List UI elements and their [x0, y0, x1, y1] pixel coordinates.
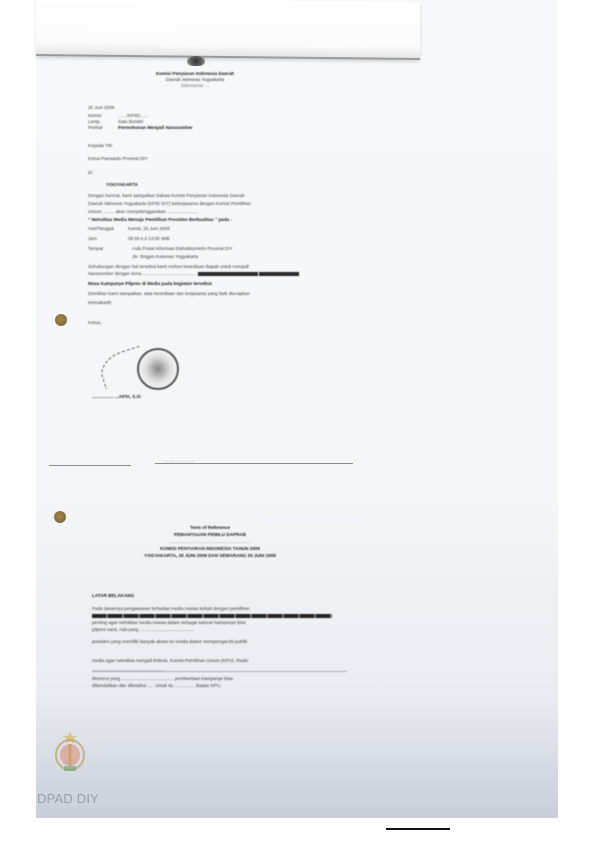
schedule-value-address: Jln. Brigjen Katamso Yogyakarta — [132, 254, 198, 260]
closing: Ketua, — [88, 320, 101, 326]
meta-value-perihal: Permohonan Menjadi Narasumber — [118, 125, 193, 131]
divider-left — [49, 465, 131, 466]
meta-label-perihal: Perihal — [88, 125, 102, 131]
recipient: Ketua Panwaslu Provinsi DIY — [88, 156, 148, 162]
recipient-city: YOGYAKARTA — [106, 182, 138, 188]
punch-hole-top — [55, 314, 67, 326]
tor-p2-line1: media agar netralitas menjadi kriteria. … — [92, 658, 248, 664]
salutation: Kepada Yth. — [88, 143, 113, 149]
tor-p1-line3: penting agar netralitas media massa dala… — [92, 620, 246, 626]
tor-p2-line3: Menurut yang ...........................… — [92, 676, 233, 682]
tor-underline — [92, 671, 347, 672]
tor-p1-line4: pilpres nanti. Ada yang ................… — [92, 627, 195, 633]
body-line-4: " Netralitas Media Menuju Pemilihan Pres… — [88, 217, 232, 223]
schedule-label-place: Tempat — [88, 246, 103, 252]
tor-org: KOMISI PENYIARAN INDONESIA TAHUN 2009 — [110, 546, 310, 552]
tor-title1: Term of Reference — [120, 525, 300, 531]
official-stamp-icon — [137, 348, 179, 390]
body-line-1: Dengan hormat, kami sampaikan bahwa Komi… — [88, 193, 245, 199]
punch-hole-bottom — [54, 511, 66, 523]
tor-p2-line2: ........................................… — [92, 667, 163, 673]
tor-subtitle: ........................................… — [100, 539, 320, 545]
body-line-2: Daerah Istimewa Yogyakarta (KPID DIY) be… — [88, 201, 251, 207]
body2-line-3: Masa Kampanye Pilpres di Media pada kegi… — [88, 281, 213, 287]
scanned-page-background — [36, 0, 558, 818]
recipient-at: Di — [88, 170, 92, 176]
letterhead-line3: Sekretariat: ... — [120, 83, 270, 89]
schedule-label-time: Jam — [88, 236, 97, 242]
divider-text: ... ... .... .. ... ... — [165, 458, 194, 464]
schedule-value-date: Kamis, 25 Juni 2009 — [128, 226, 170, 232]
body2-line-2: Narasumber dengan tema .................… — [88, 271, 299, 277]
garuda-emblem-icon — [187, 56, 205, 66]
watermark-text: DPAD DIY — [37, 791, 99, 806]
body-line-3: Umum ......... akan menyelenggarakan ...… — [88, 209, 198, 215]
schedule-label-date: Hari/Tanggal — [88, 226, 114, 232]
tor-p2-line4: dikendalikan dan diketahui ..... Untuk i… — [92, 683, 221, 689]
page-indicator-bar — [386, 828, 450, 830]
body2-line-4: Demikian kami sampaikan, atas kesediaan … — [88, 291, 250, 297]
tor-title2: PEMANTAUAN PEMILU DAPRAB — [120, 532, 300, 538]
body2-line-1: Sehubungan dengan hal tersebut kami moho… — [88, 264, 249, 270]
schedule-value-time: 09.00 s.d 13.00 WIB — [128, 236, 170, 242]
dpad-diy-emblem-icon — [52, 730, 88, 774]
folded-paper-top — [36, 0, 420, 60]
tor-place-date: YOGYAKARTA, 25 JUNI 2009 DAN SEMARANG 30… — [100, 553, 320, 559]
tor-p1-line1: Pada dasarnya pengawasan terhadap media … — [92, 606, 250, 612]
tor-p1-line2 — [92, 613, 332, 619]
body2-line-5: terimakasih. — [88, 300, 113, 306]
letter-date: 25 Juni 2009 — [88, 105, 114, 111]
tor-section-heading: LATAR BELAKANG — [92, 593, 134, 599]
signatory-name: ................. ...APSI, S.Si — [92, 394, 141, 400]
schedule-value-place: Aula Pusat Informasi Dishubkominfo Provi… — [132, 246, 233, 252]
tor-p1-line5: presiden yang memiliki banyak akses ke m… — [92, 639, 248, 645]
